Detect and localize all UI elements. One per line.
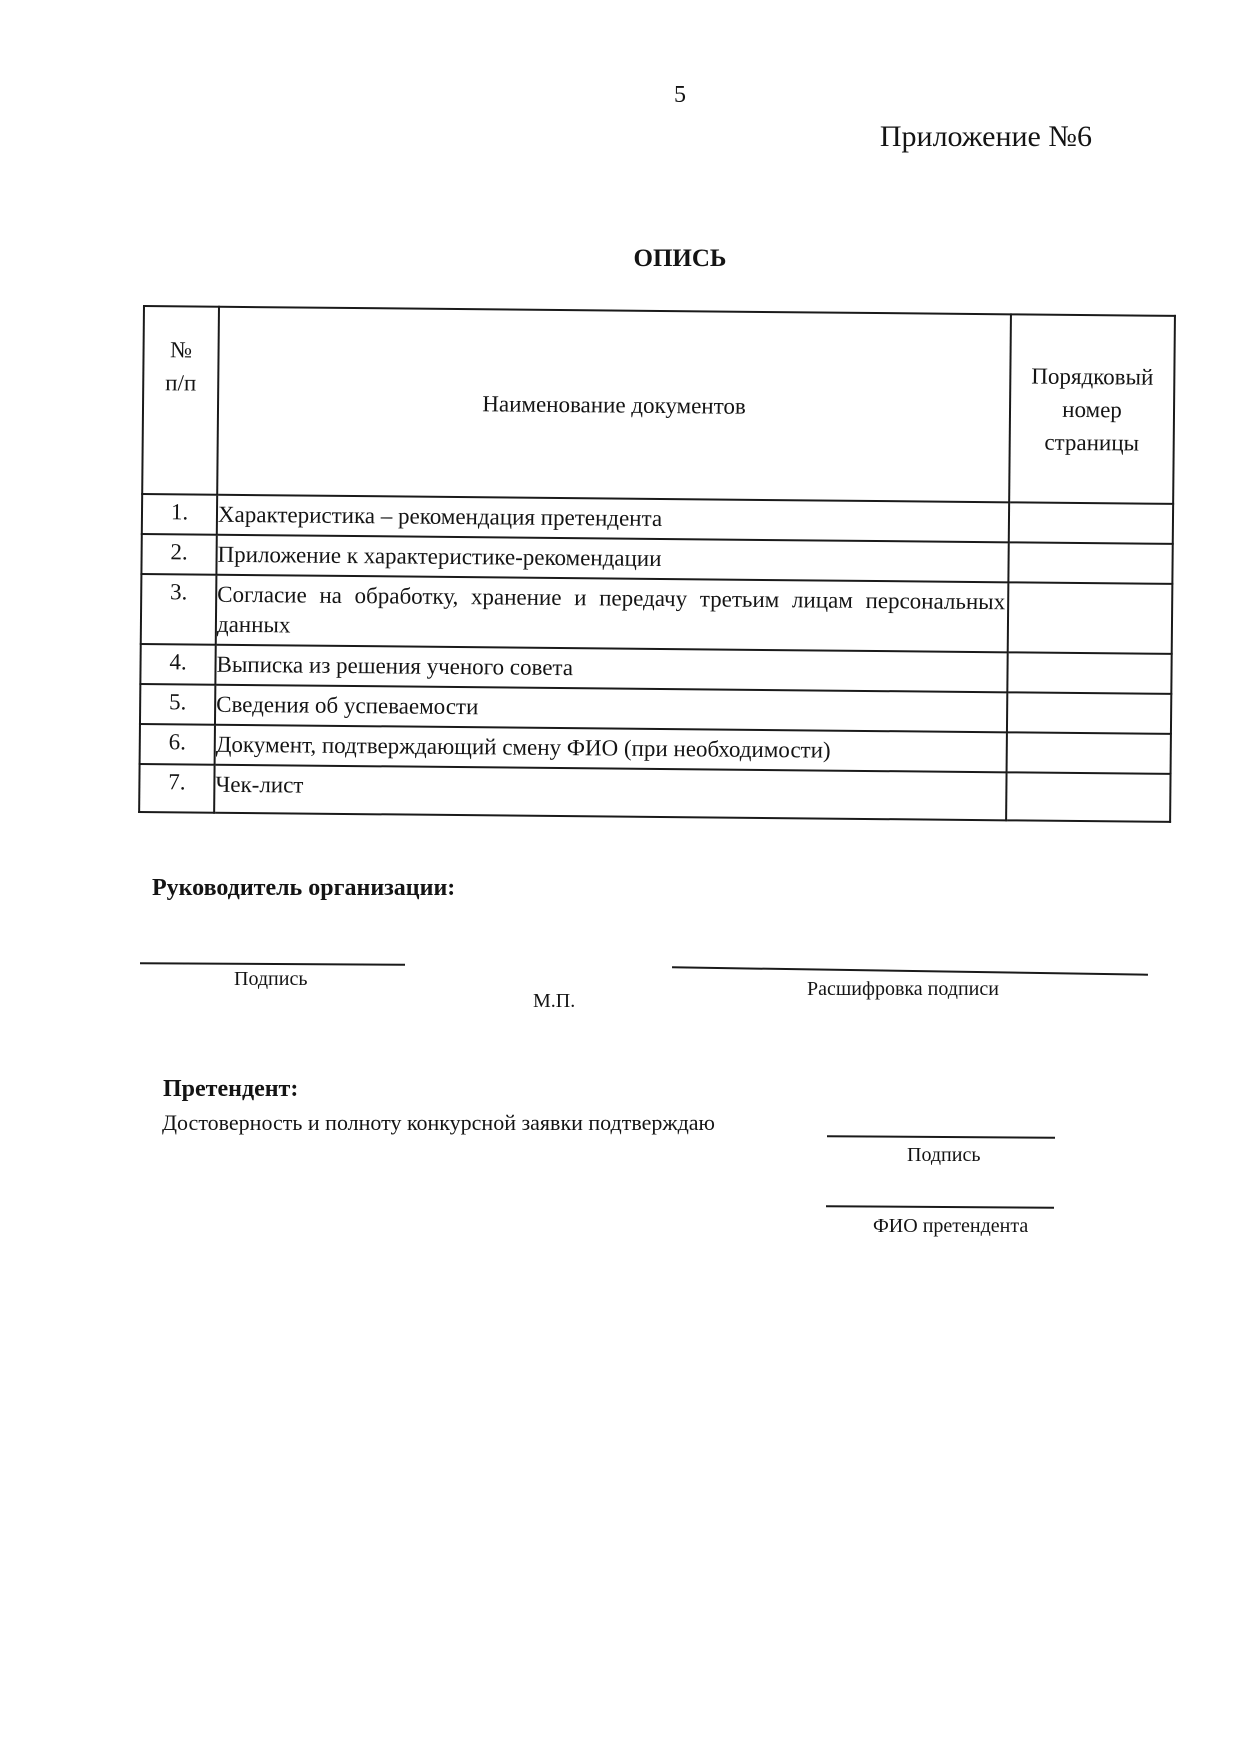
head-signature-caption: Подпись: [234, 968, 307, 991]
row-number: 7.: [139, 764, 214, 813]
row-page-number-field[interactable]: [1007, 732, 1171, 774]
applicant-statement: Достоверность и полноту конкурсной заявк…: [162, 1110, 715, 1136]
applicant-signature-caption: Подпись: [907, 1144, 980, 1167]
row-document-name: Согласие на обработку, хранение и переда…: [216, 575, 1009, 653]
header-number: № п/п: [142, 306, 219, 495]
applicant-label: Претендент:: [163, 1076, 298, 1103]
inventory-table-container: № п/п Наименование документов Порядковый…: [138, 305, 1176, 823]
row-page-number-field[interactable]: [1007, 692, 1171, 734]
document-title: ОПИСЬ: [0, 245, 1240, 273]
head-of-organization-label: Руководитель организации:: [152, 875, 455, 902]
row-page-number-field[interactable]: [1008, 582, 1173, 654]
signature-decode-caption: Расшифровка подписи: [807, 978, 999, 1001]
row-number: 6.: [140, 724, 215, 765]
header-page-line-1: Порядковый: [1011, 359, 1173, 394]
inventory-table: № п/п Наименование документов Порядковый…: [138, 305, 1176, 823]
applicant-name-line[interactable]: [826, 1205, 1054, 1209]
applicant-name-caption: ФИО претендента: [873, 1215, 1028, 1238]
table-row: 7.Чек-лист: [139, 764, 1170, 822]
header-page-number: Порядковый номер страницы: [1009, 314, 1175, 504]
header-page-line-2: номер: [1011, 392, 1173, 427]
row-page-number-field[interactable]: [1009, 502, 1173, 544]
table-header-row: № п/п Наименование документов Порядковый…: [142, 306, 1175, 504]
row-page-number-field[interactable]: [1007, 652, 1171, 694]
head-signature-decode-line[interactable]: [672, 966, 1148, 975]
appendix-label: Приложение №6: [880, 120, 1092, 154]
row-number: 2.: [141, 534, 216, 575]
table-row: 3.Согласие на обработку, хранение и пере…: [141, 574, 1173, 654]
head-signature-line[interactable]: [140, 962, 405, 965]
row-number: 1.: [142, 494, 217, 535]
applicant-signature-line[interactable]: [827, 1135, 1055, 1139]
row-number: 5.: [140, 684, 215, 725]
header-document-name: Наименование документов: [217, 307, 1011, 503]
row-document-name: Чек-лист: [214, 765, 1006, 821]
row-number: 3.: [141, 574, 217, 645]
row-number: 4.: [140, 644, 215, 685]
header-number-abbr: п/п: [144, 366, 217, 400]
header-page-line-3: страницы: [1011, 425, 1173, 460]
row-page-number-field[interactable]: [1008, 542, 1172, 584]
stamp-placeholder: М.П.: [533, 990, 575, 1013]
header-number-symbol: №: [144, 333, 217, 367]
row-page-number-field[interactable]: [1006, 772, 1170, 822]
page-number: 5: [0, 82, 1240, 109]
